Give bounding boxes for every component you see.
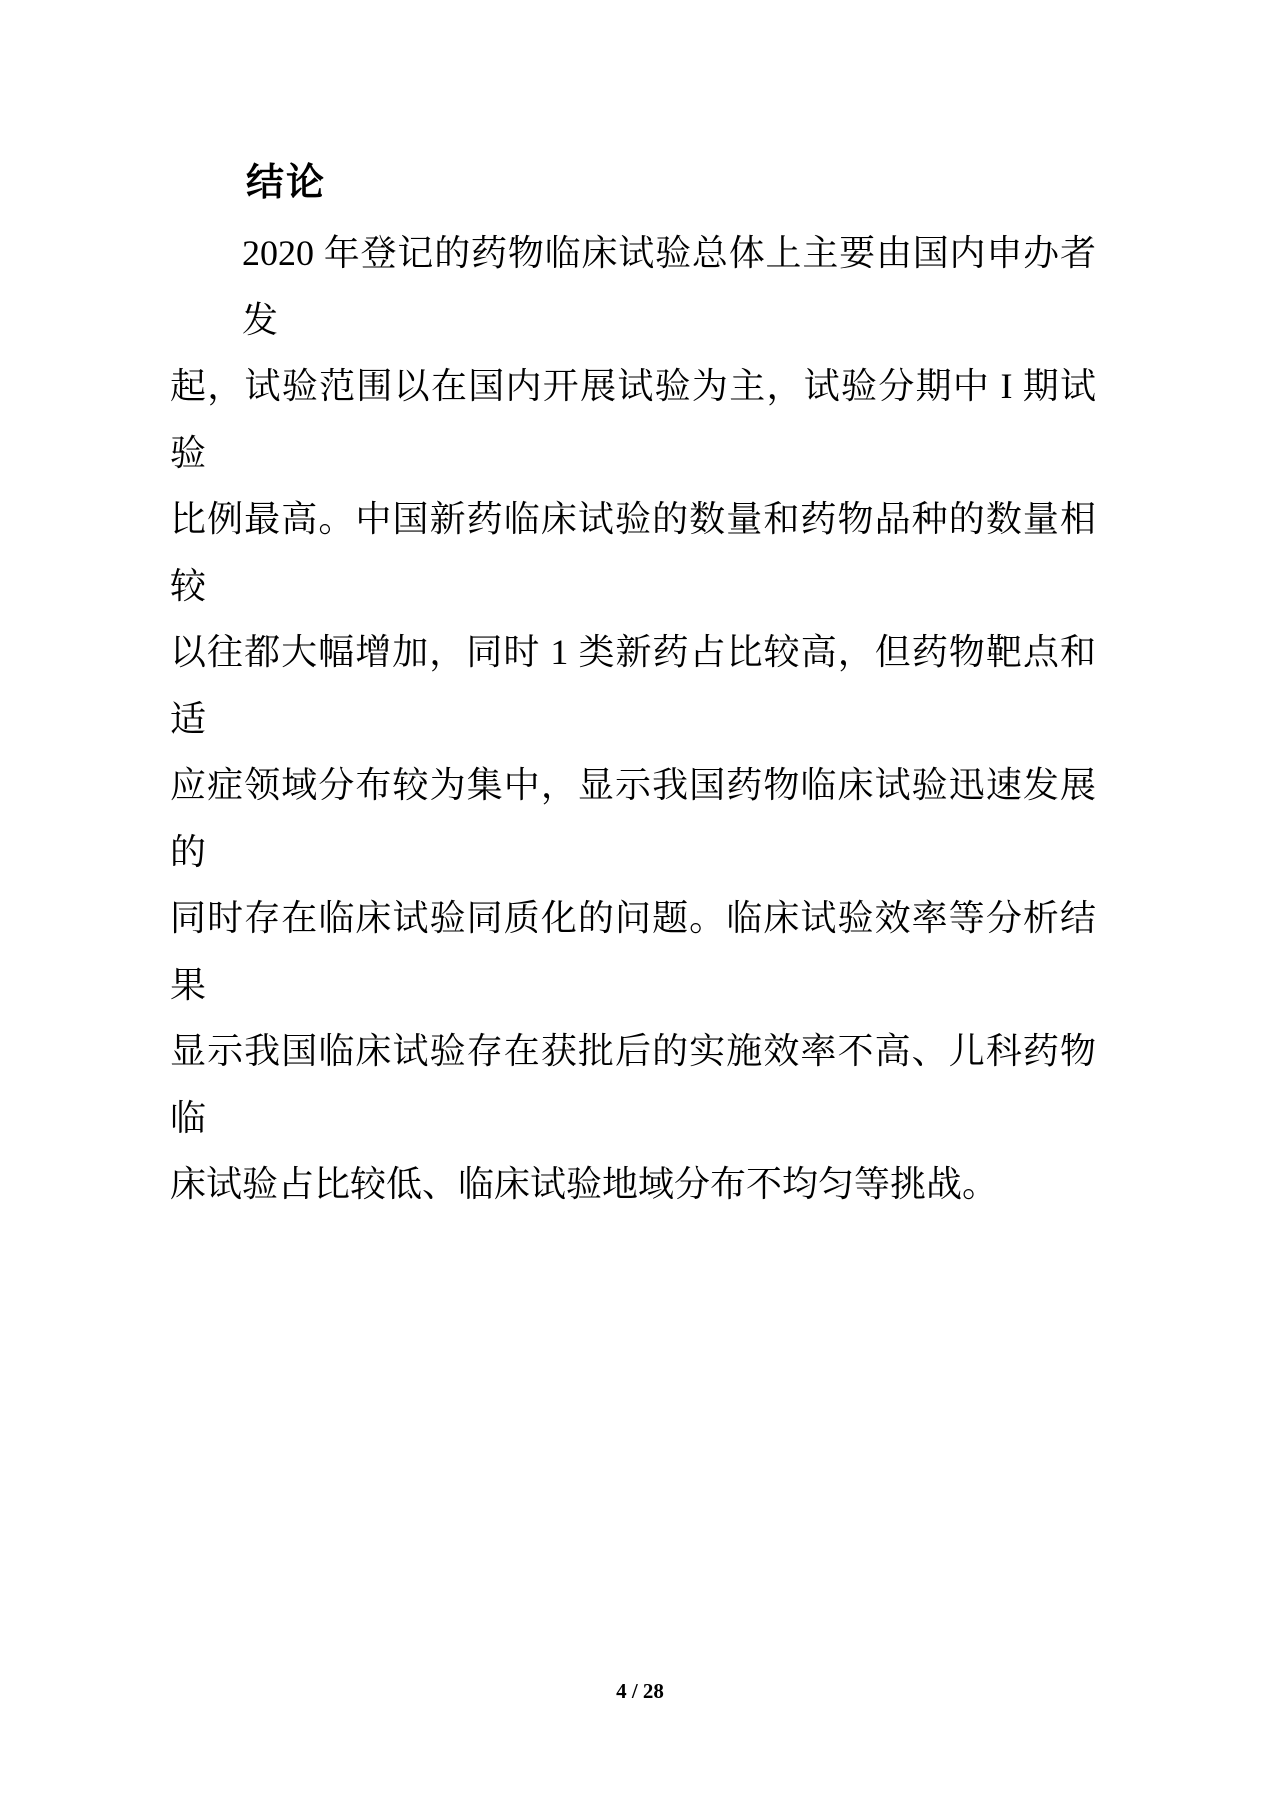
page-content: 结论 2020 年登记的药物临床试验总体上主要由国内申办者发 起，试验范围以在国… [170, 158, 1096, 1218]
paragraph-line: 2020 年登记的药物临床试验总体上主要由国内申办者发 [170, 220, 1096, 353]
paragraph-line: 以往都大幅增加，同时 1 类新药占比较高，但药物靶点和适 [170, 619, 1096, 752]
paragraph-line: 显示我国临床试验存在获批后的实施效率不高、儿科药物临 [170, 1018, 1096, 1151]
paragraph-line: 应症领域分布较为集中，显示我国药物临床试验迅速发展的 [170, 752, 1096, 885]
page-number: 4 / 28 [0, 1678, 1280, 1704]
paragraph-line: 比例最高。中国新药临床试验的数量和药物品种的数量相较 [170, 486, 1096, 619]
paragraph: 2020 年登记的药物临床试验总体上主要由国内申办者发 起，试验范围以在国内开展… [170, 220, 1096, 1218]
paragraph-line: 床试验占比较低、临床试验地域分布不均匀等挑战。 [170, 1151, 1096, 1218]
document-page: 结论 2020 年登记的药物临床试验总体上主要由国内申办者发 起，试验范围以在国… [0, 0, 1280, 1810]
paragraph-line: 同时存在临床试验同质化的问题。临床试验效率等分析结果 [170, 885, 1096, 1018]
section-heading: 结论 [246, 158, 1096, 208]
paragraph-line: 起，试验范围以在国内开展试验为主，试验分期中 I 期试验 [170, 353, 1096, 486]
